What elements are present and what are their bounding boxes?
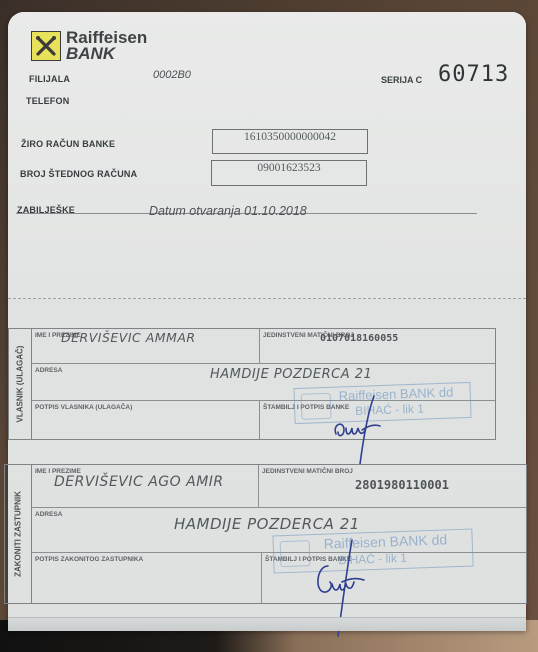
ziro-racun-label: ŽIRO RAČUN BANKE — [21, 139, 115, 149]
bank-logo: Raiffeisen BANK — [31, 30, 147, 62]
representative-address-label: ADRESA — [35, 511, 62, 518]
owner-side-label: VLASNIK (ULAGAČ) — [9, 329, 32, 439]
filijala-label: FILIJALA — [29, 74, 70, 84]
owner-jmbg-value: 0107018160055 — [320, 333, 398, 344]
raiffeisen-gable-cross-icon — [31, 31, 61, 61]
owner-signature-cell: POTPIS VLASNIKA (ULAGAČA) — [32, 401, 258, 439]
stedni-racun-label: BROJ ŠTEDNOG RAČUNA — [20, 169, 137, 179]
owner-signature-label: POTPIS VLASNIKA (ULAGAČA) — [35, 404, 132, 411]
ziro-racun-value: 1610350000000042 — [244, 131, 336, 143]
zabiljeske-label: ZABILJEŠKE — [17, 205, 75, 215]
representative-signature-label: POTPIS ZAKONITOG ZASTUPNIKA — [35, 556, 143, 563]
representative-side-label: ZAKONITI ZASTUPNIK — [5, 465, 32, 603]
owner-address-value: HAMDIJE POZDERCA 21 — [210, 367, 372, 382]
filijala-value: 0002B0 — [153, 69, 191, 81]
representative-address-value: HAMDIJE POZDERCA 21 — [174, 515, 360, 533]
savings-passbook: Raiffeisen BANK FILIJALA 0002B0 TELEFON … — [8, 12, 526, 630]
stamp-emblem-icon — [280, 540, 311, 567]
telefon-label: TELEFON — [26, 96, 69, 106]
representative-name-cell: IME I PREZIME DERVIŠEVIC AGO AMIR — [32, 465, 258, 507]
stamp-emblem-icon — [301, 393, 332, 420]
owner-name-cell: IME I PREZIME DERVIŠEVIC AMMAR — [32, 329, 259, 363]
bank-name-line2: BANK — [66, 46, 147, 62]
representative-signature-cell: POTPIS ZAKONITOG ZASTUPNIKA — [32, 553, 260, 603]
page-edge — [8, 617, 526, 631]
owner-name-value: DERVIŠEVIC AMMAR — [61, 330, 196, 345]
zabiljeske-value: Datum otvaranja 01.10.2018 — [149, 204, 307, 218]
representative-jmbg-cell: JEDINSTVENI MATIČNI BROJ 2801980110001 — [258, 465, 526, 507]
representative-name-value: DERVIŠEVIC AGO AMIR — [54, 474, 224, 490]
serija-number: 60713 — [438, 62, 509, 87]
owner-signature — [330, 390, 390, 470]
owner-address-label: ADRESA — [35, 367, 62, 374]
representative-jmbg-label: JEDINSTVENI MATIČNI BROJ — [262, 468, 353, 475]
owner-jmbg-cell: JEDINSTVENI MATIČNI BROJ 0107018160055 — [259, 329, 495, 363]
passbook-top-page: Raiffeisen BANK FILIJALA 0002B0 TELEFON … — [8, 12, 526, 298]
representative-jmbg-value: 2801980110001 — [355, 478, 449, 492]
stedni-racun-value: 09001623523 — [257, 162, 320, 174]
ziro-racun-field: 1610350000000042 — [212, 129, 368, 154]
serija-label: SERIJA C — [381, 75, 422, 85]
stedni-racun-field: 09001623523 — [211, 160, 367, 186]
